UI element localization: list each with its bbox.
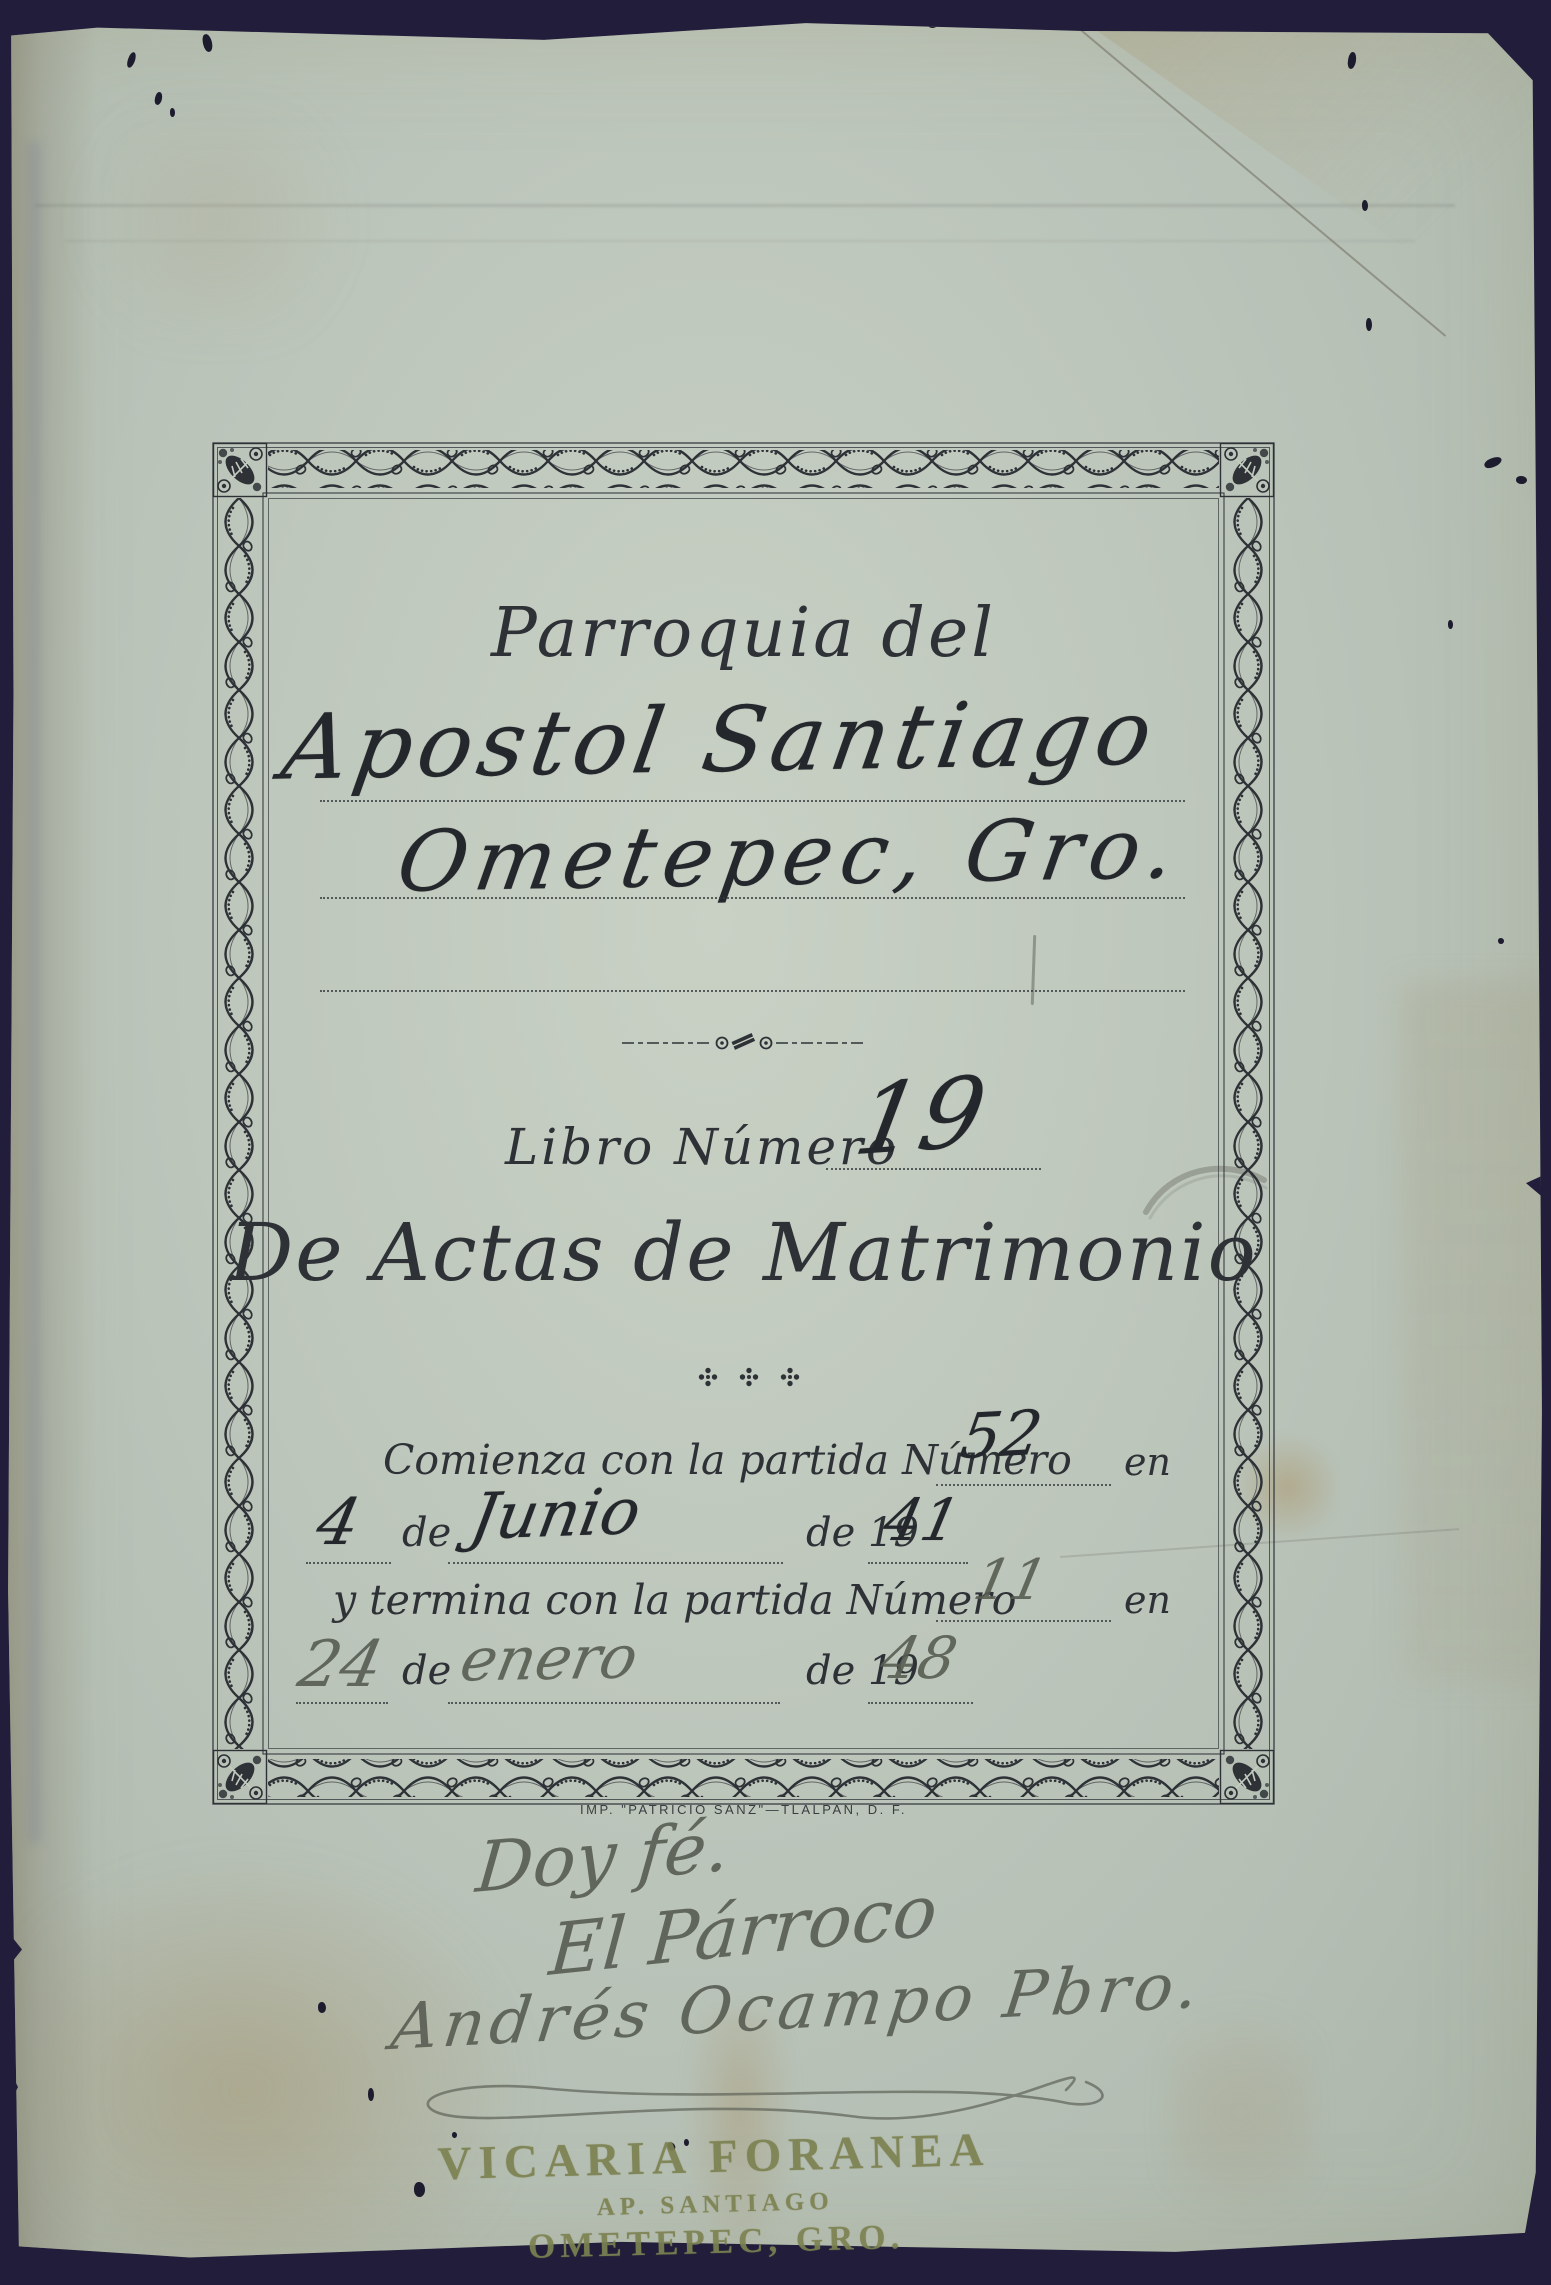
ink-speck bbox=[1366, 318, 1372, 331]
ruled-dotted-line bbox=[320, 990, 1185, 992]
ink-speck bbox=[170, 108, 175, 117]
ink-speck bbox=[928, 22, 937, 28]
fill-in-dotted-line bbox=[868, 1702, 973, 1704]
ink-speck bbox=[368, 2088, 374, 2101]
place-name-handwritten: Ometepec, Gro. bbox=[391, 799, 1190, 911]
ends-month-handwritten: enero bbox=[455, 1622, 644, 1695]
register-title: De Actas de Matrimonio bbox=[212, 1206, 1275, 1299]
ink-speck bbox=[1498, 938, 1504, 944]
page-title: Parroquia del bbox=[212, 594, 1275, 673]
ink-speck bbox=[1516, 476, 1527, 484]
fill-in-dotted-line bbox=[868, 1562, 968, 1564]
ruled-dotted-line bbox=[320, 897, 1185, 899]
stain bbox=[1075, 22, 1551, 352]
fill-in-dotted-line bbox=[296, 1702, 388, 1704]
book-number-handwritten: 19 bbox=[847, 1056, 994, 1178]
ends-day-handwritten: 24 bbox=[292, 1628, 389, 1702]
edge-tear bbox=[0, 2052, 18, 2122]
begins-number-handwritten: 52 bbox=[956, 1396, 1047, 1473]
spine-blue-streak bbox=[27, 142, 41, 1842]
ends-en: en bbox=[1124, 1578, 1171, 1622]
ink-speck bbox=[1483, 455, 1503, 471]
begins-en: en bbox=[1124, 1440, 1171, 1484]
fill-in-dotted-line bbox=[826, 1168, 1041, 1170]
ink-speck bbox=[201, 33, 214, 52]
ink-speck bbox=[1362, 200, 1368, 211]
scanned-register-cover: Parroquia del Apostol Santiago Ometepec,… bbox=[0, 0, 1551, 2285]
stain bbox=[1400, 982, 1550, 1682]
ends-year-handwritten: 48 bbox=[875, 1624, 963, 1692]
rubber-stamp: VICARIA FORANEA AP. SANTIAGO OMETEPEC, G… bbox=[418, 2122, 1011, 2269]
parish-name-handwritten: Apostol Santiago bbox=[275, 680, 1165, 800]
fill-in-dotted-line bbox=[448, 1702, 780, 1704]
divider-ornament bbox=[620, 1028, 870, 1058]
ink-speck bbox=[522, 22, 534, 30]
begins-de: de bbox=[402, 1510, 451, 1556]
ink-speck bbox=[154, 91, 164, 105]
begins-month-handwritten: Junio bbox=[465, 1475, 646, 1555]
fill-in-dotted-line bbox=[306, 1562, 391, 1564]
ink-speck bbox=[318, 2002, 326, 2013]
fill-in-dotted-line bbox=[448, 1562, 783, 1564]
stain bbox=[55, 112, 375, 332]
ink-speck bbox=[1448, 620, 1453, 629]
fill-in-dotted-line bbox=[936, 1620, 1111, 1622]
ends-de: de bbox=[402, 1648, 451, 1694]
ink-speck bbox=[104, 2254, 114, 2262]
begins-year-handwritten: 41 bbox=[878, 1486, 966, 1554]
ink-speck bbox=[125, 51, 137, 68]
ends-number-handwritten: 11 bbox=[968, 1548, 1053, 1613]
floret-ornaments bbox=[694, 1364, 806, 1390]
printer-credit: IMP. "PATRICIO SANZ"—TLALPAN, D. F. bbox=[212, 1802, 1275, 1817]
ends-prefix: y termina con la partida Número bbox=[333, 1576, 1016, 1624]
